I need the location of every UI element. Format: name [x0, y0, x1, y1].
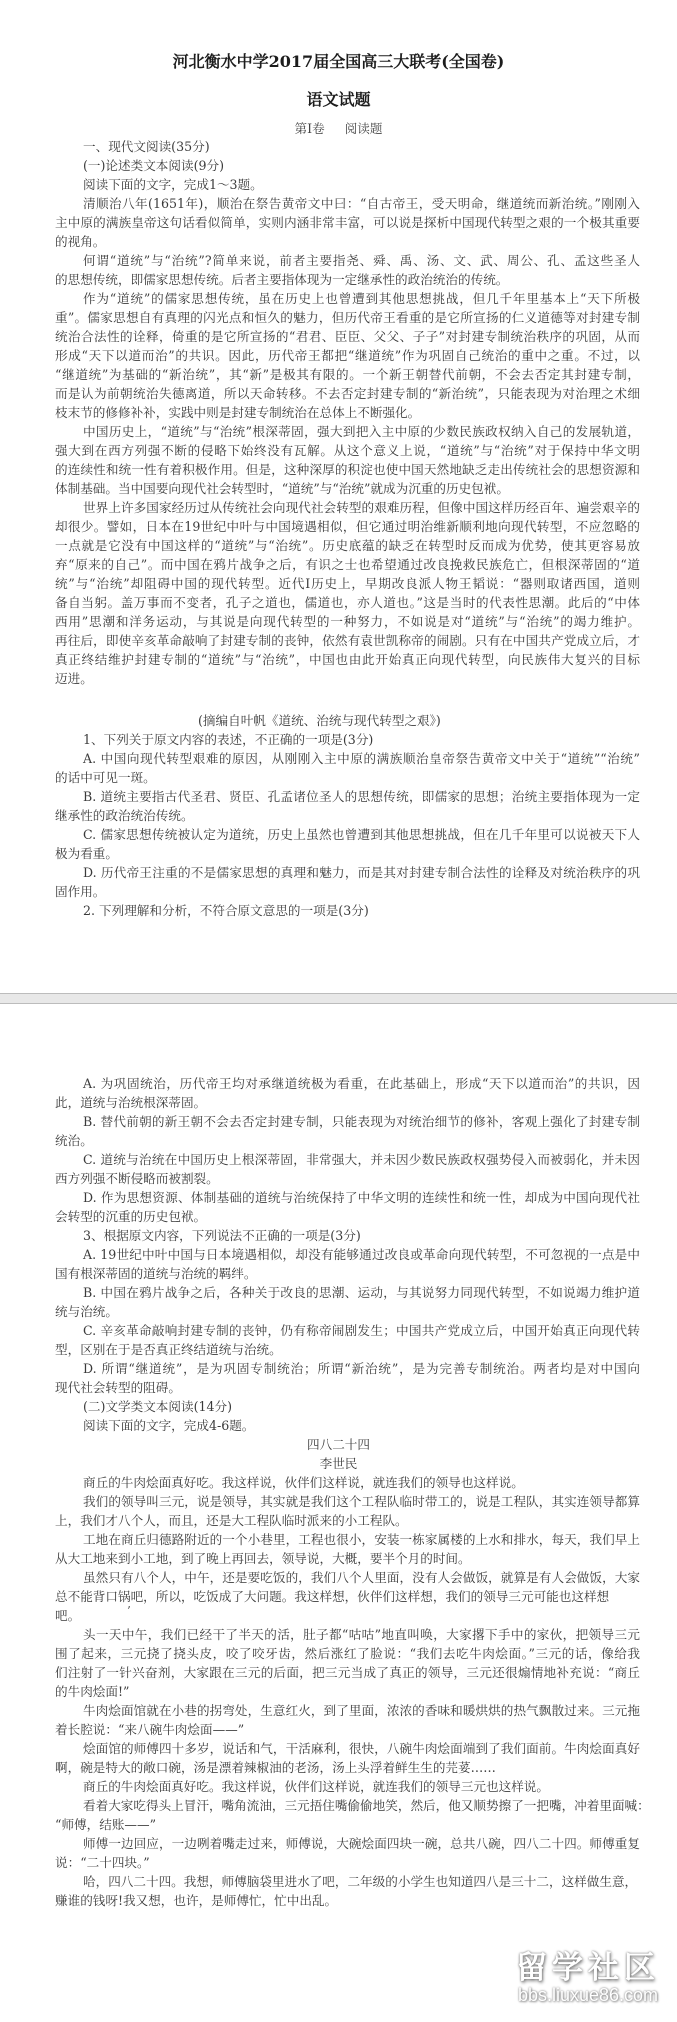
option-b: B. 替代前朝的新王朝不会去否定封建专制，只能表现为对统治细节的修补，客观上强化…: [55, 1112, 640, 1150]
text-line: “师傅，结账——”: [55, 1815, 640, 1834]
text-line: 世界上许多国家经历过从传统社会向现代社会转型的艰难历程，但像中国这样历经百年、遍…: [55, 498, 640, 517]
text-line: 固作用。: [55, 882, 640, 901]
text-line: 却很少。譬如，日本在19世纪中叶与中国境遇相似，但它通过明治维新顺利地向现代转型…: [55, 517, 640, 536]
text-line: D. 作为思想资源、体制基础的道统与治统保持了中华文明的连续性和统一性，却成为中…: [55, 1188, 640, 1207]
stray-mark: ’: [127, 1602, 131, 1621]
text-line: 统治。: [55, 1131, 640, 1150]
text-line: 的话中可见一斑。: [55, 768, 640, 787]
text-line: A. 为巩固统治，历代帝王均对承继道统极为看重，在此基础上，形成“天下以道而治”…: [55, 1074, 640, 1093]
text-line: 烩面馆的师傅四十多岁，说话和气，干活麻利，很快，八碗牛肉烩面端到了我们面前。牛肉…: [55, 1739, 640, 1758]
text-line: 赚谁的钱呀!我又想，也许，是师傅忙，忙中出乱。: [55, 1891, 640, 1910]
story-paragraph: 头一天中午，我们已经干了半天的活，肚子都“咕咕”地直叫唤，大家撂下手中的家伙，把…: [55, 1625, 640, 1701]
text-line: 会转型的沉重的历史包袱。: [55, 1207, 640, 1226]
text-line: 虽然只有八个人，中午，还是要吃饭的，我们八个人里面，没有人会做饭，就算是有人会做…: [55, 1568, 640, 1587]
story-paragraph: 师傅一边回应，一边咧着嘴走过来，师傅说，大碗烩面四块一碗，总共八碗，四八二十四。…: [55, 1834, 640, 1872]
text-line: 的连续性和统一性有着积极作用。但是，这种深厚的积淀也使中国天然地缺乏走出传统社会…: [55, 460, 640, 479]
story-paragraph: 商丘的牛肉烩面真好吃。我这样说，伙伴们这样说，就连我们的领导也这样说。: [55, 1473, 640, 1492]
text-line: 极为看重。: [55, 844, 640, 863]
text-line: “继道统”为基础的“新治统”，其“新”是极其有限的。一个新王朝替代前朝，不会去否…: [55, 365, 640, 384]
text-line: 头一天中午，我们已经干了半天的活，肚子都“咕咕”地直叫唤，大家撂下手中的家伙，把…: [55, 1625, 640, 1644]
text-line: C. 道统与治统在中国历史上根深蒂固，非常强大，并未因少数民族政权强势侵入而被弱…: [55, 1150, 640, 1169]
text-line-with-mark: 吧。 ’: [55, 1606, 640, 1625]
subject-title: 语文试题: [0, 89, 677, 111]
text-line: 西用”思潮和洋务运动，与其说是向现代转型的一种努力，不如说是对“道统”与“治统”…: [55, 612, 640, 631]
page1-questions-block: (摘编自叶帆《道统、治统与现代转型之艰》) 1、下列关于原文内容的表述，不正确的…: [55, 711, 640, 920]
page-separator: [0, 993, 677, 1004]
reading-instruction: 阅读下面的文字，完成4-6题。: [55, 1416, 640, 1435]
text-line: D. 所谓“继道统”，是为巩固专制统治；所谓“新治统”，是为完善专制统治。两者均…: [55, 1359, 640, 1378]
reading-instruction: 阅读下面的文字，完成1～3题。: [55, 175, 640, 194]
option-d: D. 作为思想资源、体制基础的道统与治统保持了中华文明的连续性和统一性，却成为中…: [55, 1188, 640, 1226]
text-line: 商丘的牛肉烩面真好吃。我这样说，伙伴们这样说，就连我们的领导三元也这样说。: [55, 1777, 640, 1796]
text-line: C. 儒家思想传统被认定为道统，历史上虽然也曾遭到其他思想挑战，但在几千年里可以…: [55, 825, 640, 844]
text-line: 师傅一边回应，一边咧着嘴走过来，师傅说，大碗烩面四块一碗，总共八碗，四八二十四。…: [55, 1834, 640, 1853]
question-stem: 1、下列关于原文内容的表述，不正确的一项是(3分): [55, 730, 640, 749]
option-c: C. 辛亥革命敲响封建专制的丧钟，仍有称帝闹剧发生；中国共产党成立后，中国开始真…: [55, 1321, 640, 1359]
passage-paragraph: 何谓“道统”与“治统”?简单来说，前者主要指尧、舜、禹、汤、文、武、周公、孔、孟…: [55, 251, 640, 289]
site-watermark: 留学社区 bbs.liuxue86.com: [508, 1951, 668, 2005]
text-line: 说：“二十四块。”: [55, 1853, 640, 1872]
watermark-url: bbs.liuxue86.com: [508, 1985, 668, 2005]
text-line: 此，道统与治统根深蒂固。: [55, 1093, 640, 1112]
option-b: B. 道统主要指古代圣君、贤臣、孔孟诸位圣人的思想传统，即儒家的思想；治统主要指…: [55, 787, 640, 825]
text-line: 再往后，即使辛亥革命敲响了封建专制的丧钟，依然有袁世凯称帝的闹剧。只有在中国共产…: [55, 631, 640, 650]
text-line: 的思想传统，即儒家思想传统。后者主要指体现为一定继承性的政治统治的传统。: [55, 270, 640, 289]
text-line: 看着大家吃得头上冒汗，嘴角流油，三元捂住嘴偷偷地笑，然后，他又顺势擦了一把嘴，冲…: [55, 1796, 640, 1815]
section-heading: 一、现代文阅读(35分): [55, 137, 640, 156]
source-citation: (摘编自叶帆《道统、治统与现代转型之艰》): [55, 711, 640, 730]
text-line: 统”与“治统”却阻碍中国的现代转型。近代Ⅰ历史上，早期改良派人物王韬说：“器则取…: [55, 574, 640, 593]
story-paragraph: 烩面馆的师傅四十多岁，说话和气，干活麻利，很快，八碗牛肉烩面端到了我们面前。牛肉…: [55, 1739, 640, 1777]
question-1: 1、下列关于原文内容的表述，不正确的一项是(3分) A. 中国向现代转型艰难的原…: [55, 730, 640, 901]
volume-number: 第Ⅰ卷: [295, 121, 325, 136]
text-line: 商丘的牛肉烩面真好吃。我这样说，伙伴们这样说，就连我们的领导也这样说。: [55, 1473, 640, 1492]
question-stem: 2. 下列理解和分析，不符合原文意思的一项是(3分): [55, 901, 640, 920]
option-a: A. 中国向现代转型艰难的原因，从刚刚入主中原的满族顺治皇帝祭告黄帝文中关于“道…: [55, 749, 640, 787]
text-line: B. 替代前朝的新王朝不会去否定封建专制，只能表现为对统治细节的修补，客观上强化…: [55, 1112, 640, 1131]
text-line: 上，我们才八个人，而且，还是大工程队临时派来的小工程队。: [55, 1511, 640, 1530]
text-line: B. 道统主要指古代圣君、贤臣、孔孟诸位圣人的思想传统，即儒家的思想；治统主要指…: [55, 787, 640, 806]
passage-paragraph: 中国历史上，“道统”与“治统”根深蒂固，强大到把入主中原的少数民族政权纳入自己的…: [55, 422, 640, 498]
text-line: 们注射了一针兴奋剂，大家跟在三元的后面，把三元当成了真正的领导，三元还很煽情地补…: [55, 1663, 640, 1682]
page1-passage-block: 一、现代文阅读(35分) (一)论述类文本阅读(9分) 阅读下面的文字，完成1～…: [55, 137, 640, 688]
text-line: 现代社会转型的阻碍。: [55, 1378, 640, 1397]
text-line: 清顺治八年(1651年)，顺治在祭告黄帝文中曰：“自古帝王，受天明命，继道统而新…: [55, 194, 640, 213]
story-paragraph: 工地在商丘归德路附近的一个小巷里，工程也很小，安装一栋家属楼的上水和排水，每天，…: [55, 1530, 640, 1568]
story-paragraph: 看着大家吃得头上冒汗，嘴角流油，三元捂住嘴偷偷地笑，然后，他又顺势擦了一把嘴，冲…: [55, 1796, 640, 1834]
watermark-brand: 留学社区: [508, 1951, 668, 1985]
text-line: 备自当躬。盖万事而不变者，孔子之道也，儒道也，亦人道也。”这是当时的代表性思潮。…: [55, 593, 640, 612]
volume-heading: 第Ⅰ卷阅读题: [0, 119, 677, 138]
text-line: 的视角。: [55, 232, 640, 251]
passage-paragraph: 清顺治八年(1651年)，顺治在祭告黄帝文中曰：“自古帝王，受天明命，继道统而新…: [55, 194, 640, 251]
text-line: 吧。: [55, 1608, 80, 1623]
option-a: A. 为巩固统治，历代帝王均对承继道统极为看重，在此基础上，形成“天下以道而治”…: [55, 1074, 640, 1112]
option-a: A. 19世纪中叶中国与日本境遇相似，却没有能够通过改良或革命向现代转型，不可忽…: [55, 1245, 640, 1283]
text-line: 何谓“道统”与“治统”?简单来说，前者主要指尧、舜、禹、汤、文、武、周公、孔、孟…: [55, 251, 640, 270]
text-line: 迈进。: [55, 669, 640, 688]
subsection-heading: (二)文学类文本阅读(14分): [55, 1397, 640, 1416]
text-line: 型，区别在于是否真正终结道统与治统。: [55, 1340, 640, 1359]
question-3: 3、根据原文内容，下列说法不正确的一项是(3分) A. 19世纪中叶中国与日本境…: [55, 1226, 640, 1397]
story-title: 四八二十四: [0, 1435, 677, 1454]
option-c: C. 道统与治统在中国历史上根深蒂固，非常强大，并未因少数民族政权强势侵入而被弱…: [55, 1150, 640, 1188]
passage-paragraph: 世界上许多国家经历过从传统社会向现代社会转型的艰难历程，但像中国这样历经百年、遍…: [55, 498, 640, 688]
text-line: 真正终结维护封建专制的“道统”与“治统”，中国也由此开始真正向现代转型，向民族伟…: [55, 650, 640, 669]
text-line: 体制基础。当中国要向现代社会转型时，“道统”与“治统”就成为沉重的历史包袱。: [55, 479, 640, 498]
story-paragraph: 哈，四八二十四。我想，师傅脑袋里进水了吧，二年级的小学生也知道四八是三十二，这样…: [55, 1872, 640, 1910]
text-line: 弃“原来的自己”。而中国在鸦片战争之后，有识之士也希望通过改良挽救民族危亡，但根…: [55, 555, 640, 574]
option-d: D. 历代帝王注重的不是儒家思想的真理和魅力，而是其对封建专制合法性的诠释及对统…: [55, 863, 640, 901]
text-line: 统治合法性的诠释，倚重的是它所宣扬的“君君、臣臣、父父、子子”对封建专制统治秩序…: [55, 327, 640, 346]
text-line: 作为“道统”的儒家思想传统，虽在历史上也曾遭到其他思想挑战，但几千年里基本上“天…: [55, 289, 640, 308]
passage-paragraph: 作为“道统”的儒家思想传统，虽在历史上也曾遭到其他思想挑战，但几千年里基本上“天…: [55, 289, 640, 422]
volume-name: 阅读题: [345, 121, 383, 136]
text-line: 着长腔说：“来八碗牛肉烩面——”: [55, 1720, 640, 1739]
subsection-heading: (一)论述类文本阅读(9分): [55, 156, 640, 175]
text-line: 工地在商丘归德路附近的一个小巷里，工程也很小，安装一栋家属楼的上水和排水，每天，…: [55, 1530, 640, 1549]
text-line: 的牛肉烩面!”: [55, 1682, 640, 1701]
text-line: 主中原的满族皇帝这句话看似简单，实则内涵非常丰富，可以说是探析中国现代转型之艰的…: [55, 213, 640, 232]
question-stem: 3、根据原文内容，下列说法不正确的一项是(3分): [55, 1226, 640, 1245]
option-c: C. 儒家思想传统被认定为道统，历史上虽然也曾遭到其他思想挑战，但在几千年里可以…: [55, 825, 640, 863]
text-line: 西方列强不断侵略而被割裂。: [55, 1169, 640, 1188]
story-paragraph: 牛肉烩面馆就在小巷的拐弯处，生意红火，到了里面，浓浓的香味和暖烘烘的热气飘散过来…: [55, 1701, 640, 1739]
text-line: 形成“天下以道而治”的共识。因此，历代帝王都把“继道统”作为巩固自己统治的重中之…: [55, 346, 640, 365]
text-line: 啊，碗是特大的敞口碗，汤是漂着辣椒油的老汤，汤上头浮着鲜生生的芫荽……: [55, 1758, 640, 1777]
text-line: 强大到在西方列强不断的侵略下始终没有瓦解。从这个意义上说，“道统”与“治统”对于…: [55, 441, 640, 460]
exam-title: 河北衡水中学2017届全国高三大联考(全国卷): [0, 51, 677, 73]
text-line: 围了起来，三元挠了挠头皮，咬了咬牙齿，然后涨红了脸说：“我们去吃牛肉烩面。”三元…: [55, 1644, 640, 1663]
text-line: C. 辛亥革命敲响封建专制的丧钟，仍有称帝闹剧发生；中国共产党成立后，中国开始真…: [55, 1321, 640, 1340]
story-paragraph: 我们的领导叫三元，说是领导，其实就是我们这个工程队临时带工的，说是工程队，其实连…: [55, 1492, 640, 1530]
text-line: D. 历代帝王注重的不是儒家思想的真理和魅力，而是其对封建专制合法性的诠释及对统…: [55, 863, 640, 882]
text-line: 国有根深蒂固的道统与治统的羁绊。: [55, 1264, 640, 1283]
story-paragraph: 商丘的牛肉烩面真好吃。我这样说，伙伴们这样说，就连我们的领导三元也这样说。: [55, 1777, 640, 1796]
option-b: B. 中国在鸦片战争之后，各种关于改良的思潮、运动，与其说努力同现代转型，不如说…: [55, 1283, 640, 1321]
question-2-options: A. 为巩固统治，历代帝王均对承继道统极为看重，在此基础上，形成“天下以道而治”…: [55, 1074, 640, 1226]
text-line: 而是认为前朝统治失德离道，所以天命转移。不去否定封建专制的“新治统”，只能表现为…: [55, 384, 640, 403]
text-line: 一点就是它没有中国这样的“道统”与“治统”。历史底蕴的缺乏在转型时反而成为优势，…: [55, 536, 640, 555]
text-line: A. 19世纪中叶中国与日本境遇相似，却没有能够通过改良或革命向现代转型，不可忽…: [55, 1245, 640, 1264]
page2-block: A. 为巩固统治，历代帝王均对承继道统极为看重，在此基础上，形成“天下以道而治”…: [55, 1074, 640, 1910]
text-line: 枝末节的修修补补，实践中则是封建专制统治在总体上不断强化。: [55, 403, 640, 422]
text-line: 哈，四八二十四。我想，师傅脑袋里进水了吧，二年级的小学生也知道四八是三十二，这样…: [55, 1872, 640, 1891]
story-paragraph: 虽然只有八个人，中午，还是要吃饭的，我们八个人里面，没有人会做饭，就算是有人会做…: [55, 1568, 640, 1625]
text-line: 重”。儒家思想自有真理的闪光点和恒久的魅力，但历代帝王看重的是它所宣扬的仁义道德…: [55, 308, 640, 327]
story-author: 李世民: [0, 1454, 677, 1473]
text-line: 总不能背口锅吧，所以，吃饭成了大问题。我这样想，伙伴们这样想，我们的领导三元可能…: [55, 1587, 640, 1606]
text-line: 继承性的政治统治传统。: [55, 806, 640, 825]
text-line: 统与治统。: [55, 1302, 640, 1321]
text-line: 牛肉烩面馆就在小巷的拐弯处，生意红火，到了里面，浓浓的香味和暖烘烘的热气飘散过来…: [55, 1701, 640, 1720]
text-line: 从大工地来到小工地，到了晚上再回去，领导说，大概，要半个月的时间。: [55, 1549, 640, 1568]
text-line: B. 中国在鸦片战争之后，各种关于改良的思潮、运动，与其说努力同现代转型，不如说…: [55, 1283, 640, 1302]
text-line: 中国历史上，“道统”与“治统”根深蒂固，强大到把入主中原的少数民族政权纳入自己的…: [55, 422, 640, 441]
text-line: 我们的领导叫三元，说是领导，其实就是我们这个工程队临时带工的，说是工程队，其实连…: [55, 1492, 640, 1511]
text-line: A. 中国向现代转型艰难的原因，从刚刚入主中原的满族顺治皇帝祭告黄帝文中关于“道…: [55, 749, 640, 768]
option-d: D. 所谓“继道统”，是为巩固专制统治；所谓“新治统”，是为完善专制统治。两者均…: [55, 1359, 640, 1397]
